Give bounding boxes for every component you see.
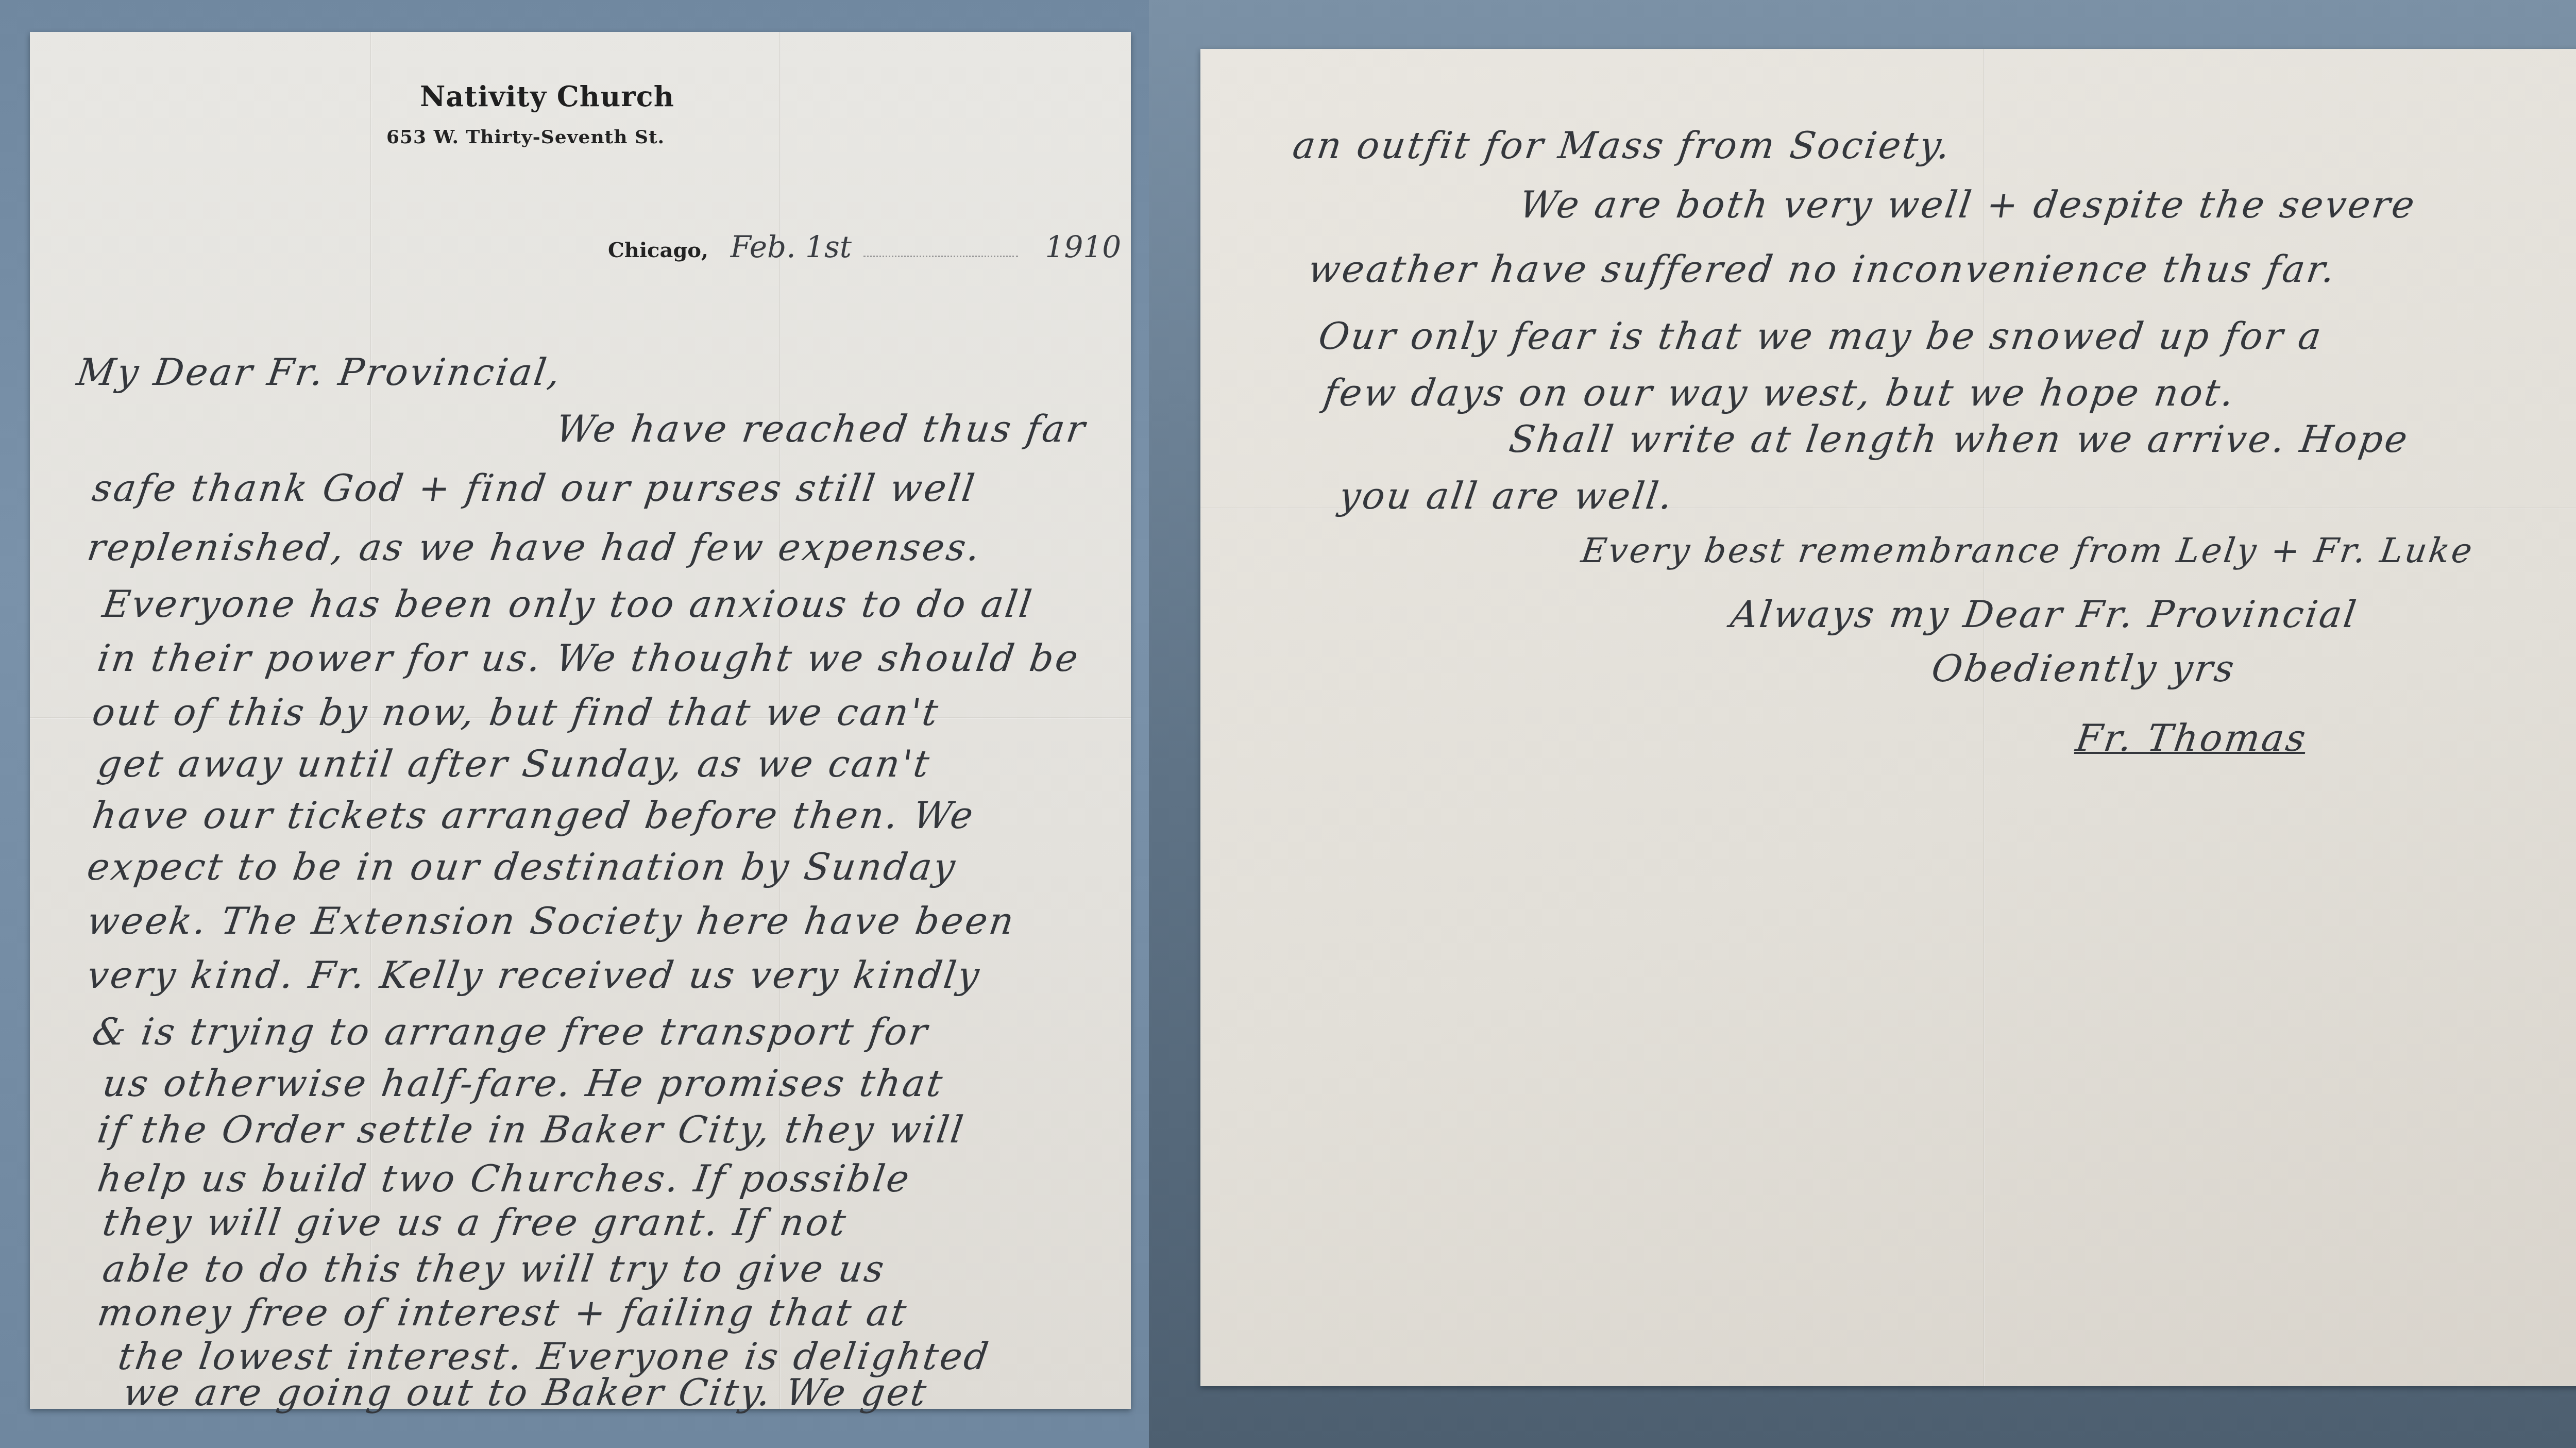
letter-line: in their power for us. We thought we sho… [95,636,1083,680]
closing-line: Obediently yrs [1929,647,2239,690]
letter-line: Everyone has been only too anxious to do… [100,582,1036,626]
closing-line: Always my Dear Fr. Provincial [1728,593,2361,636]
letter-line: an outfit for Mass from Society. [1290,124,1955,167]
letter-line: they will give us a free grant. If not [100,1201,851,1244]
letter-line: week. The Extension Society here have be… [84,899,1019,942]
letter-line: weather have suffered no inconvenience t… [1306,247,2340,291]
closing-line: Every best remembrance from Lely + Fr. L… [1579,531,2477,570]
dateline-year: 1910 [1045,229,1122,264]
salutation: My Dear Fr. Provincial, [74,350,565,394]
letter-line: get away until after Sunday, as we can't [95,742,934,785]
dateline-rule [863,256,1018,257]
letter-line: very kind. Fr. Kelly received us very ki… [84,953,984,997]
signature: Fr. Thomas [2073,716,2310,760]
letter-line: if the Order settle in Baker City, they … [95,1108,968,1151]
letter-line: out of this by now, but find that we can… [90,691,942,734]
letter-line: us otherwise half-fare. He promises that [100,1062,947,1105]
letter-line: replenished, as we have had few expenses… [84,526,985,569]
letter-line: able to do this they will try to give us [100,1247,889,1290]
dateline: Chicago, Feb. 1st 1910 [608,229,1121,264]
letter-line: money free of interest + failing that at [95,1291,911,1334]
letterhead-church-name: Nativity Church [420,80,674,113]
letter-line: have our tickets arranged before then. W… [90,794,978,837]
letter-line: you all are well. [1336,474,1677,517]
letter-line: Shall write at length when we arrive. Ho… [1506,417,2412,461]
dateline-city: Chicago, [608,238,708,262]
letterhead-address: 653 W. Thirty-Seventh St. [386,126,665,148]
letter-line: & is trying to arrange free transport fo… [90,1010,932,1053]
letter-line: We have reached thus far [553,407,1090,450]
letter-line: help us build two Churches. If possible [95,1157,914,1200]
letter-line: expect to be in our destination by Sunda… [84,845,960,888]
dateline-date: Feb. 1st [731,229,852,264]
letter-line: Our only fear is that we may be snowed u… [1316,314,2326,358]
letter-line: few days on our way west, but we hope no… [1321,371,2239,414]
letter-line: we are going out to Baker City. We get [121,1371,931,1414]
letter-line: We are both very well + despite the seve… [1517,183,2419,226]
letter-line: safe thank God + find our purses still w… [90,466,979,510]
